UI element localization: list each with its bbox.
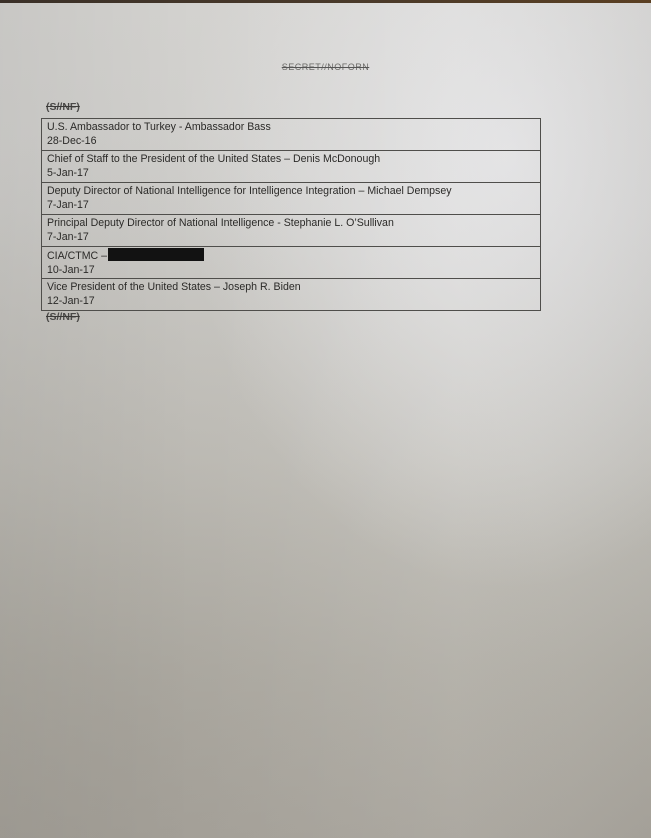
- table-row: Vice President of the United States – Jo…: [42, 279, 541, 311]
- table-row: Principal Deputy Director of National In…: [42, 215, 541, 247]
- row-date: 5-Jan-17: [47, 166, 535, 180]
- table-cell: Vice President of the United States – Jo…: [42, 279, 541, 311]
- table-row: U.S. Ambassador to Turkey - Ambassador B…: [42, 119, 541, 151]
- table-cell: Principal Deputy Director of National In…: [42, 215, 541, 247]
- row-title: CIA/CTMC –: [47, 250, 107, 262]
- table-row: CIA/CTMC – 10-Jan-17: [42, 247, 541, 279]
- row-title: Chief of Staff to the President of the U…: [47, 152, 535, 166]
- table-cell: U.S. Ambassador to Turkey - Ambassador B…: [42, 119, 541, 151]
- table-row: Chief of Staff to the President of the U…: [42, 151, 541, 183]
- row-date: 7-Jan-17: [47, 198, 535, 212]
- row-date: 12-Jan-17: [47, 294, 535, 308]
- row-title: Deputy Director of National Intelligence…: [47, 184, 535, 198]
- table-cell: Chief of Staff to the President of the U…: [42, 151, 541, 183]
- table-cell: Deputy Director of National Intelligence…: [42, 183, 541, 215]
- row-title: U.S. Ambassador to Turkey - Ambassador B…: [47, 120, 535, 134]
- table-cell: CIA/CTMC – 10-Jan-17: [42, 247, 541, 279]
- row-date: 7-Jan-17: [47, 230, 535, 244]
- row-title: Vice President of the United States – Jo…: [47, 280, 535, 294]
- row-date: 10-Jan-17: [47, 263, 535, 277]
- row-date: 28-Dec-16: [47, 134, 535, 148]
- row-title: Principal Deputy Director of National In…: [47, 216, 535, 230]
- classification-header: SECRET//NOFORN: [0, 62, 651, 72]
- portion-marking-bottom: (S//NF): [46, 311, 80, 323]
- roster-table: U.S. Ambassador to Turkey - Ambassador B…: [41, 118, 541, 311]
- row-title-with-redaction: CIA/CTMC –: [47, 248, 535, 263]
- portion-marking-top: (S//NF): [46, 101, 80, 113]
- redaction-bar: [108, 248, 204, 261]
- table-row: Deputy Director of National Intelligence…: [42, 183, 541, 215]
